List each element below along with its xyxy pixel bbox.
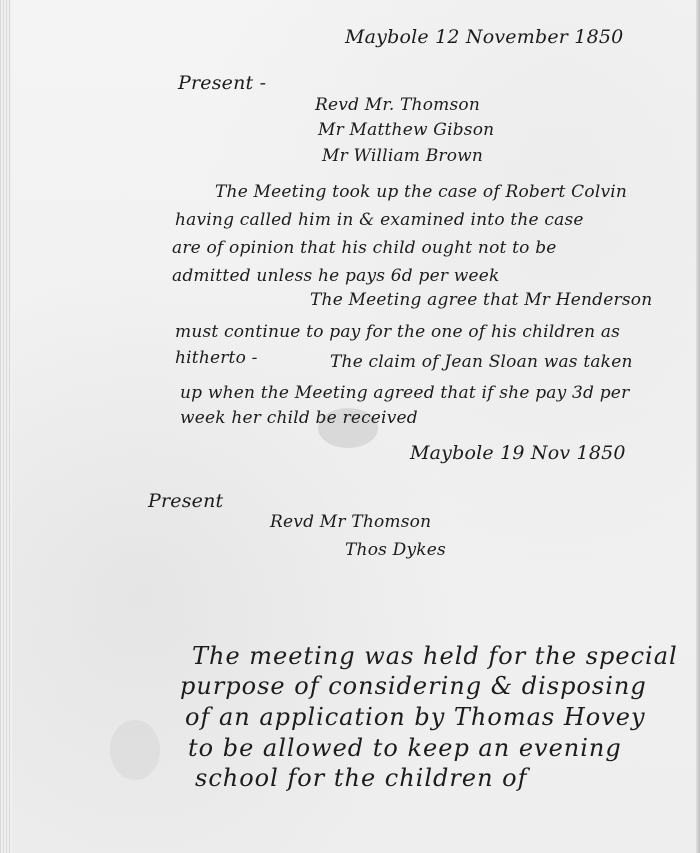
- attendee: Mr William Brown: [322, 146, 483, 166]
- page-right-edge: [696, 0, 700, 853]
- manuscript-page: Maybole 12 November 1850 Present - Revd …: [0, 0, 700, 853]
- present-label: Present: [148, 490, 223, 512]
- page-binding-edge: [0, 0, 12, 853]
- minute-line: must continue to pay for the one of his …: [175, 322, 620, 342]
- paper-stain: [110, 720, 160, 780]
- minute-line: The meeting was held for the special: [192, 642, 678, 670]
- minute-line: The claim of Jean Sloan was taken: [330, 352, 633, 372]
- attendee: Revd Mr Thomson: [270, 512, 431, 532]
- attendee: Thos Dykes: [345, 540, 446, 560]
- entry-date: Maybole 19 Nov 1850: [410, 442, 626, 464]
- minute-line: are of opinion that his child ought not …: [172, 238, 557, 258]
- minute-line: to be allowed to keep an evening: [188, 734, 622, 762]
- minute-line: The Meeting agree that Mr Henderson: [310, 290, 652, 310]
- minute-line: up when the Meeting agreed that if she p…: [180, 383, 629, 403]
- minute-line: hitherto -: [175, 348, 258, 368]
- minute-line: school for the children of: [195, 764, 528, 792]
- entry-date: Maybole 12 November 1850: [345, 26, 623, 48]
- minute-line: of an application by Thomas Hovey: [185, 703, 646, 731]
- minute-line: week her child be received: [180, 408, 418, 428]
- attendee: Revd Mr. Thomson: [315, 95, 480, 115]
- attendee: Mr Matthew Gibson: [318, 120, 494, 140]
- minute-line: purpose of considering & disposing: [180, 672, 647, 700]
- minute-line: The Meeting took up the case of Robert C…: [215, 182, 627, 202]
- present-label: Present -: [178, 72, 266, 94]
- minute-line: admitted unless he pays 6d per week: [172, 266, 500, 286]
- minute-line: having called him in & examined into the…: [175, 210, 584, 230]
